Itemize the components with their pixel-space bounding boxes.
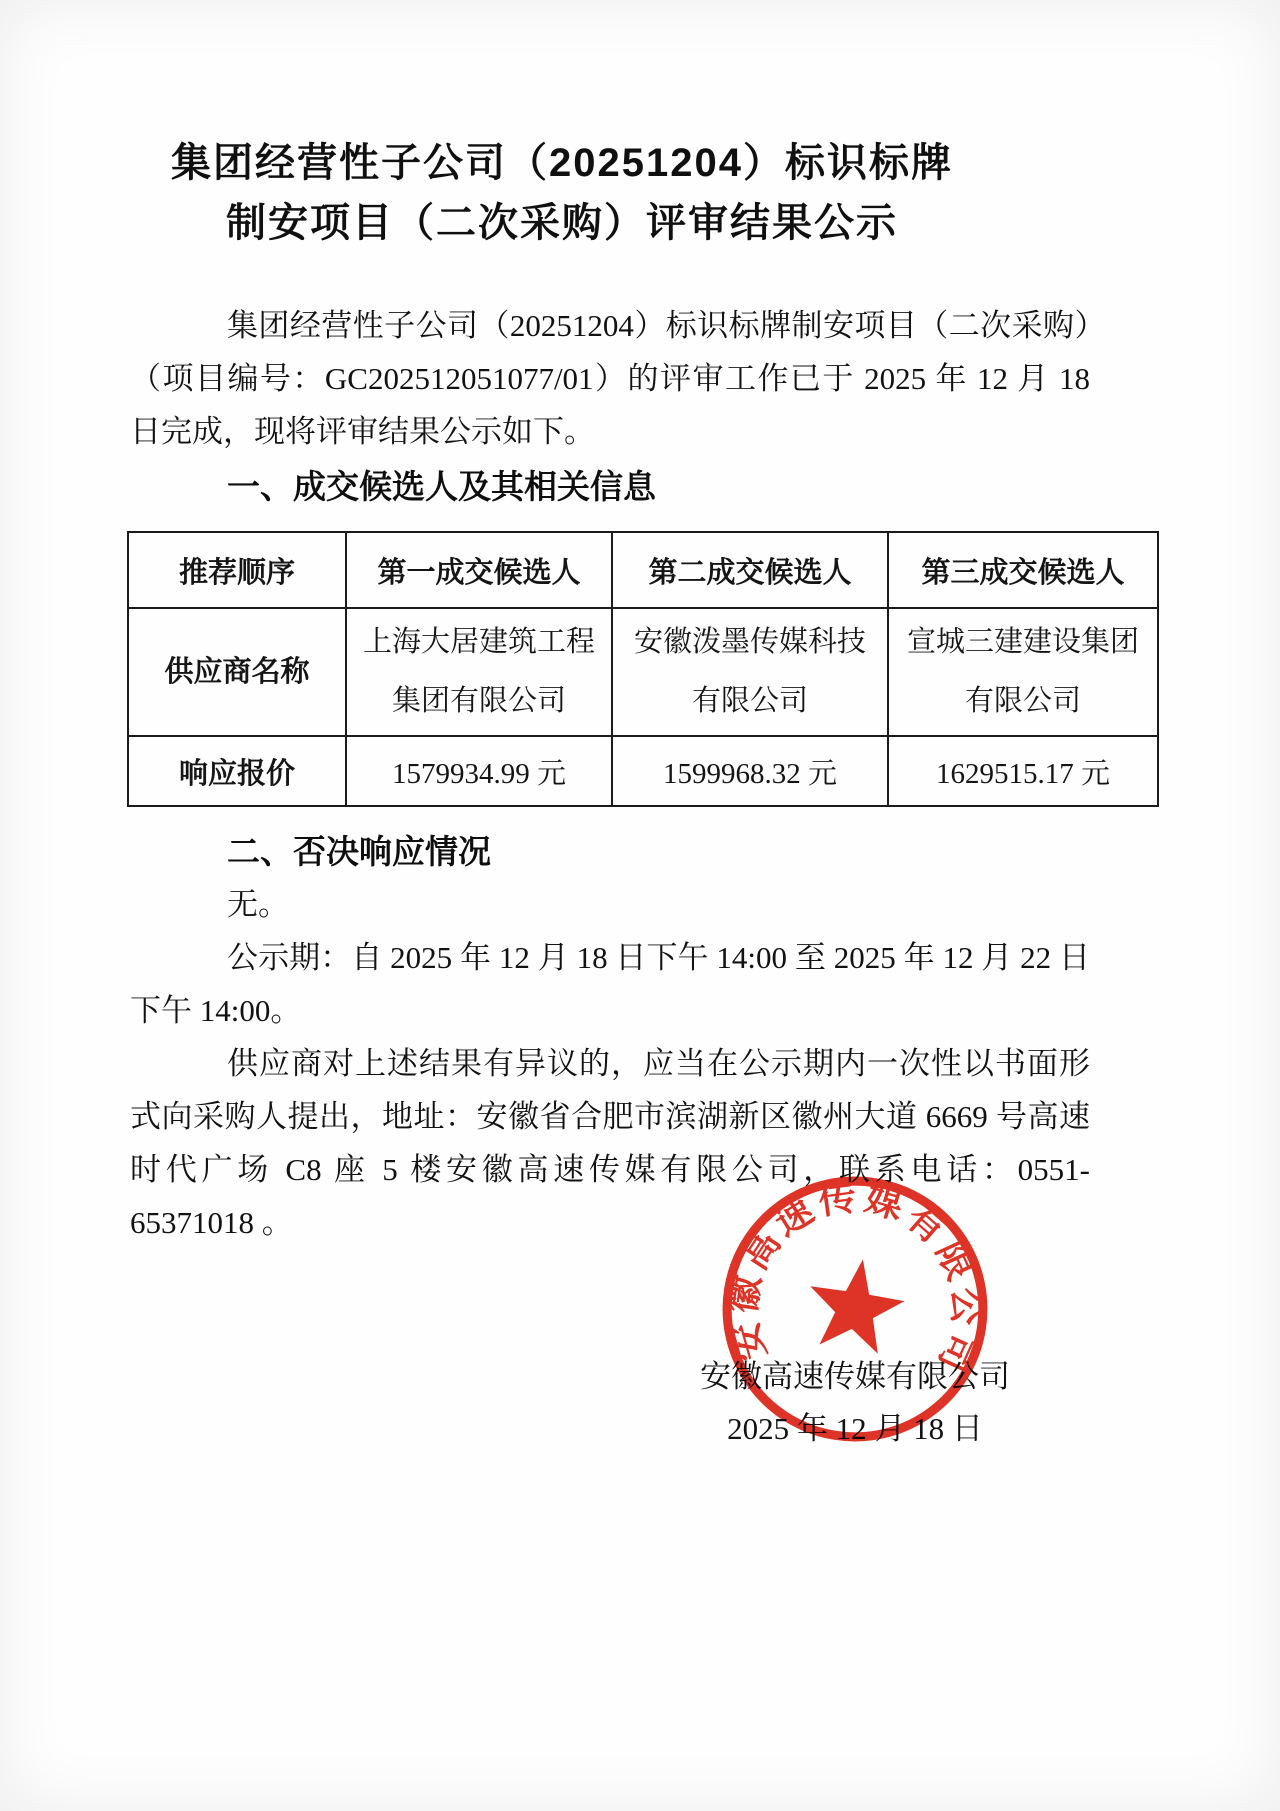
table-header-rank: 推荐顺序 (128, 532, 346, 608)
section2-heading: 二、否决响应情况 (130, 829, 1090, 875)
table-row-supplier-names: 供应商名称 上海大居建筑工程集团有限公司 安徽泼墨传媒科技有限公司 宣城三建建设… (128, 608, 1158, 736)
document-title-line1: 集团经营性子公司（20251204）标识标牌 (82, 133, 1042, 193)
notice-period-paragraph: 公示期：自 2025 年 12 月 18 日下午 14:00 至 2025 年 … (130, 931, 1090, 1037)
document-content: 集团经营性子公司（20251204）标识标牌 制安项目（二次采购）评审结果公示 … (130, 0, 1090, 1249)
seal-star-icon (801, 1252, 910, 1357)
bid-price-2: 1599968.32 元 (612, 736, 888, 806)
bid-price-3: 1629515.17 元 (888, 736, 1158, 806)
document-title: 集团经营性子公司（20251204）标识标牌 制安项目（二次采购）评审结果公示 (82, 133, 1042, 253)
supplier-name-2: 安徽泼墨传媒科技有限公司 (612, 608, 888, 736)
candidates-table: 推荐顺序 第一成交候选人 第二成交候选人 第三成交候选人 供应商名称 上海大居建… (127, 531, 1159, 807)
intro-paragraph: 集团经营性子公司（20251204）标识标牌制安项目（二次采购）（项目编号：GC… (130, 299, 1090, 458)
supplier-name-1: 上海大居建筑工程集团有限公司 (346, 608, 612, 736)
bid-price-1: 1579934.99 元 (346, 736, 612, 806)
table-header-candidate1: 第一成交候选人 (346, 532, 612, 608)
section2-body: 无。 (130, 878, 1090, 931)
company-seal-icon: 安徽高速传媒有限公司 (698, 1152, 1011, 1465)
table-header-candidate3: 第三成交候选人 (888, 532, 1158, 608)
section1-heading: 一、成交候选人及其相关信息 (130, 464, 1090, 510)
document-title-line2: 制安项目（二次采购）评审结果公示 (82, 193, 1042, 253)
row-label-supplier-name: 供应商名称 (128, 608, 346, 736)
table-header-candidate2: 第二成交候选人 (612, 532, 888, 608)
document-page: 集团经营性子公司（20251204）标识标牌 制安项目（二次采购）评审结果公示 … (0, 0, 1280, 1811)
table-row-bid-prices: 响应报价 1579934.99 元 1599968.32 元 1629515.1… (128, 736, 1158, 806)
supplier-name-3: 宣城三建建设集团有限公司 (888, 608, 1158, 736)
row-label-bid-price: 响应报价 (128, 736, 346, 806)
table-header-row: 推荐顺序 第一成交候选人 第二成交候选人 第三成交候选人 (128, 532, 1158, 608)
